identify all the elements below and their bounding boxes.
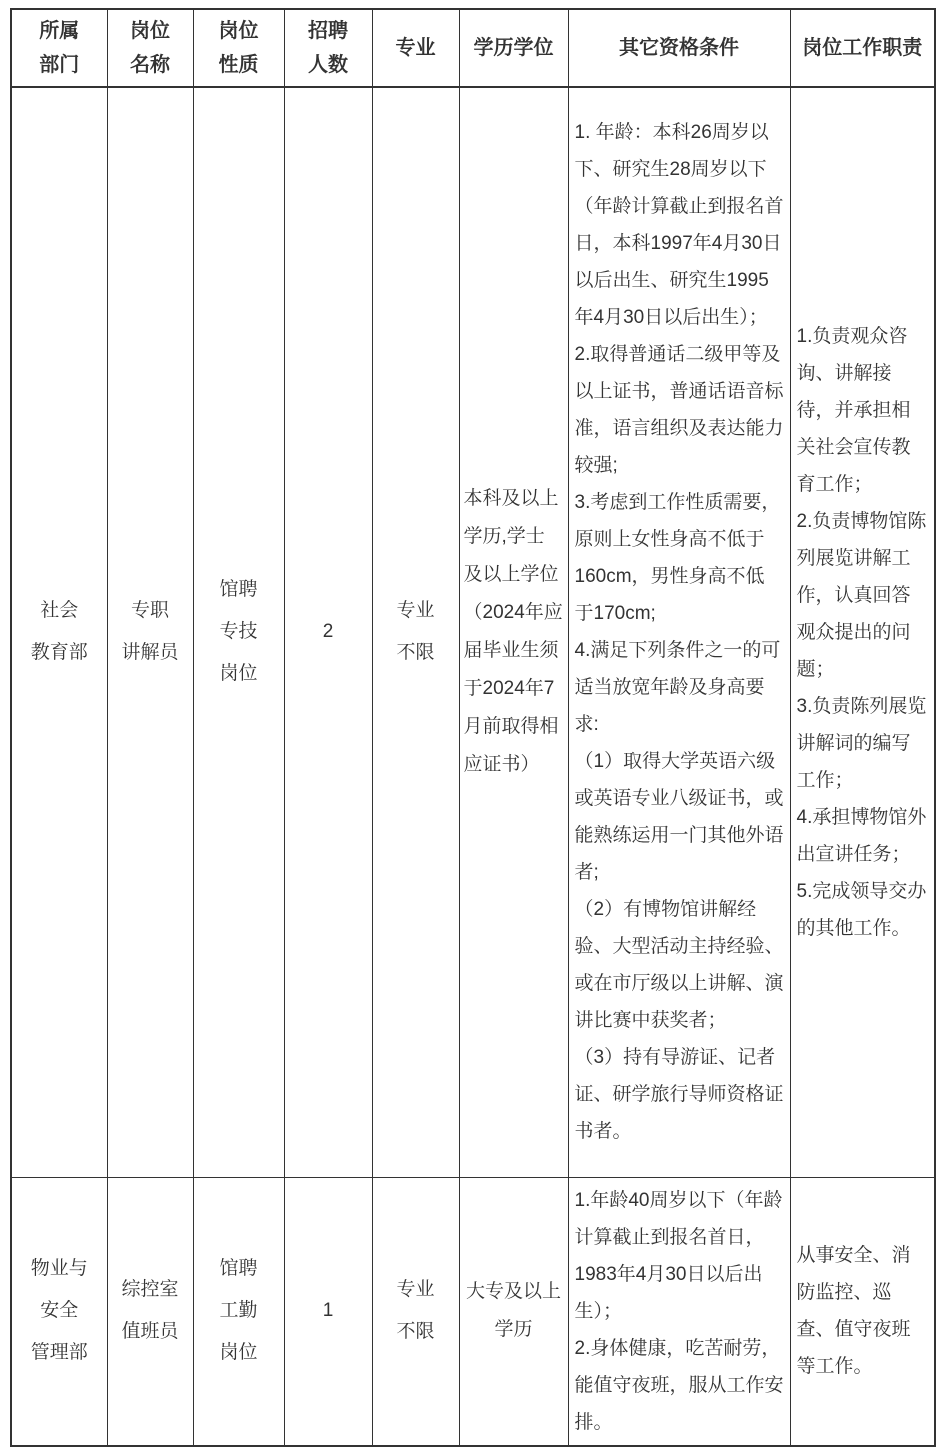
table-row: 物业与 安全 管理部 综控室 值班员 馆聘 工勤 岗位 1 专业 不限 大专及以… bbox=[11, 1177, 935, 1446]
cell-major: 专业 不限 bbox=[372, 1177, 459, 1446]
column-header-duties: 岗位工作职责 bbox=[790, 9, 935, 87]
table-header-row: 所属 部门 岗位 名称 岗位 性质 招聘 人数 专业 学历学位 其它资格条件 岗… bbox=[11, 9, 935, 87]
column-header-position-name: 岗位 名称 bbox=[107, 9, 193, 87]
cell-position-name: 综控室 值班员 bbox=[107, 1177, 193, 1446]
cell-headcount: 1 bbox=[284, 1177, 372, 1446]
recruitment-document-page: 所属 部门 岗位 名称 岗位 性质 招聘 人数 专业 学历学位 其它资格条件 岗… bbox=[0, 0, 945, 1449]
cell-headcount: 2 bbox=[284, 87, 372, 1177]
column-header-qualifications: 其它资格条件 bbox=[568, 9, 790, 87]
column-header-position-type: 岗位 性质 bbox=[193, 9, 284, 87]
cell-duties: 从事安全、消防监控、巡查、值守夜班等工作。 bbox=[790, 1177, 935, 1446]
cell-duties: 1.负责观众咨询、讲解接待，并承担相关社会宣传教育工作； 2.负责博物馆陈列展览… bbox=[790, 87, 935, 1177]
column-header-department: 所属 部门 bbox=[11, 9, 107, 87]
cell-department: 社会 教育部 bbox=[11, 87, 107, 1177]
column-header-major: 专业 bbox=[372, 9, 459, 87]
cell-position-name: 专职 讲解员 bbox=[107, 87, 193, 1177]
cell-position-type: 馆聘 工勤 岗位 bbox=[193, 1177, 284, 1446]
recruitment-table: 所属 部门 岗位 名称 岗位 性质 招聘 人数 专业 学历学位 其它资格条件 岗… bbox=[10, 8, 936, 1447]
cell-education: 大专及以上 学历 bbox=[459, 1177, 568, 1446]
cell-qualifications: 1. 年龄：本科26周岁以下、研究生28周岁以下（年龄计算截止到报名首日，本科1… bbox=[568, 87, 790, 1177]
cell-education: 本科及以上学历,学士及以上学位 （2024年应届毕业生须于2024年7月前取得相… bbox=[459, 87, 568, 1177]
cell-position-type: 馆聘 专技 岗位 bbox=[193, 87, 284, 1177]
column-header-education: 学历学位 bbox=[459, 9, 568, 87]
table-row: 社会 教育部 专职 讲解员 馆聘 专技 岗位 2 专业 不限 本科及以上学历,学… bbox=[11, 87, 935, 1177]
cell-department: 物业与 安全 管理部 bbox=[11, 1177, 107, 1446]
column-header-headcount: 招聘 人数 bbox=[284, 9, 372, 87]
cell-major: 专业 不限 bbox=[372, 87, 459, 1177]
cell-qualifications: 1.年龄40周岁以下（年龄计算截止到报名首日，1983年4月30日以后出生）； … bbox=[568, 1177, 790, 1446]
